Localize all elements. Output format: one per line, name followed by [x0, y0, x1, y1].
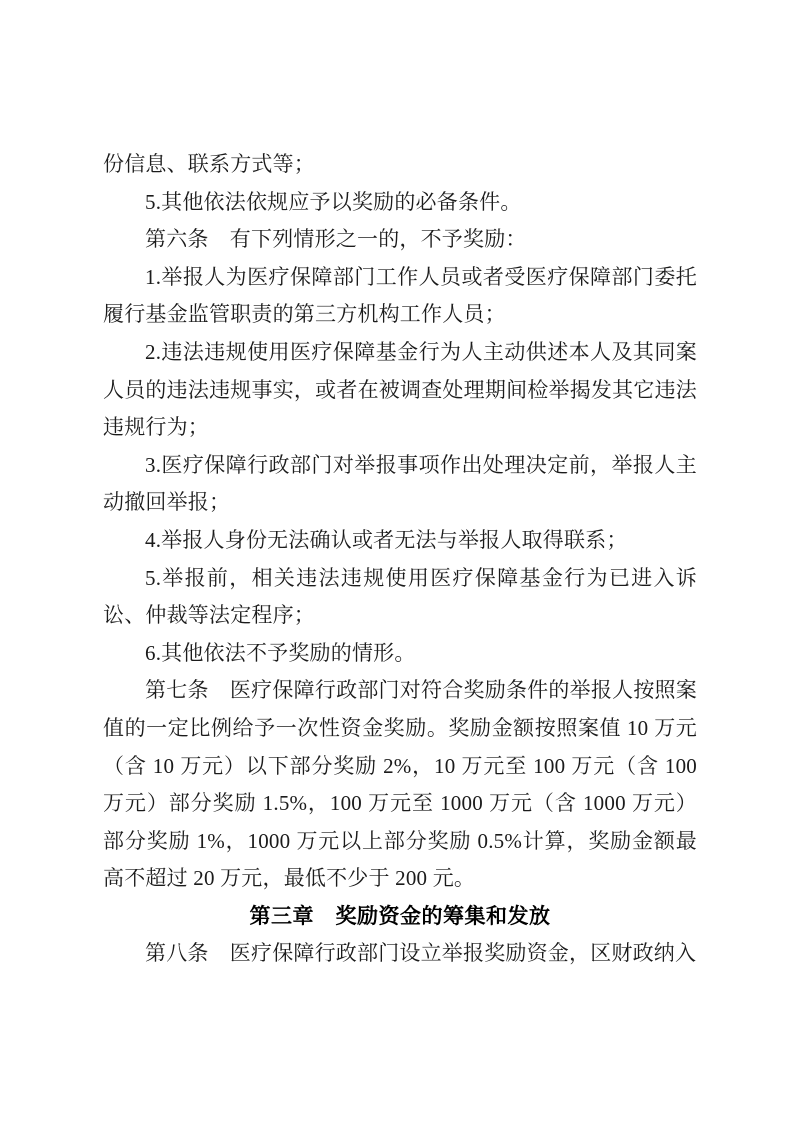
paragraph: 6.其他依法不予奖励的情形。 [103, 635, 697, 673]
paragraph: 3.医疗保障行政部门对举报事项作出处理决定前，举报人主动撤回举报； [103, 447, 697, 522]
document-page: 份信息、联系方式等；5.其他依法依规应予以奖励的必备条件。第六条 有下列情形之一… [0, 0, 793, 1122]
paragraph: 4.举报人身份无法确认或者无法与举报人取得联系； [103, 522, 697, 560]
paragraph: 份信息、联系方式等； [103, 146, 697, 184]
paragraph: 5.举报前，相关违法违规使用医疗保障基金行为已进入诉讼、仲裁等法定程序； [103, 560, 697, 635]
paragraph: 5.其他依法依规应予以奖励的必备条件。 [103, 184, 697, 222]
paragraph: 第八条 医疗保障行政部门设立举报奖励资金，区财政纳入 [103, 935, 697, 973]
document-body: 份信息、联系方式等；5.其他依法依规应予以奖励的必备条件。第六条 有下列情形之一… [103, 146, 697, 973]
paragraph: 第六条 有下列情形之一的，不予奖励： [103, 221, 697, 259]
paragraph: 2.违法违规使用医疗保障基金行为人主动供述本人及其同案人员的违法违规事实，或者在… [103, 334, 697, 447]
chapter-heading: 第三章 奖励资金的筹集和发放 [103, 898, 697, 936]
paragraph: 1.举报人为医疗保障部门工作人员或者受医疗保障部门委托履行基金监管职责的第三方机… [103, 259, 697, 334]
paragraph: 第七条 医疗保障行政部门对符合奖励条件的举报人按照案值的一定比例给予一次性资金奖… [103, 672, 697, 898]
